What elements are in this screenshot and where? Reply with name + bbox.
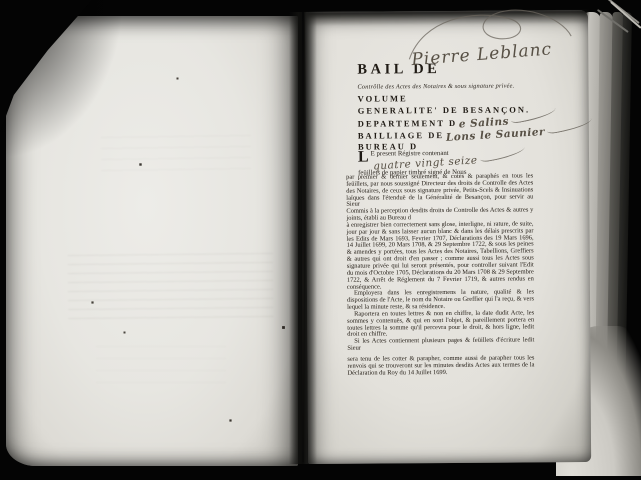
subtitle: Contrôlle des Actes des Notaires & sous … (358, 83, 515, 91)
right-page: BAIL DE Pierre Leblanc Contrôlle des Act… (305, 10, 591, 464)
dust-specks (6, 16, 7, 17)
departement-label: DEPARTEMENT D (358, 118, 457, 129)
volume-line: VOLUME (358, 93, 408, 103)
body-paragraph: Si les Actes contiennent plusieurs pages… (347, 338, 534, 353)
dropcap-L: L (358, 151, 369, 165)
body-paragraph: par premier & dernier seulement, & cotés… (346, 173, 533, 209)
bailliage-line: BAILLIAGE DELons le Saunier (358, 128, 593, 142)
body-text: par premier & dernier seulement, & cotés… (346, 173, 534, 377)
left-page-blank (6, 16, 298, 466)
body-paragraph: Raportera en toutes lettres & non en chi… (347, 310, 534, 339)
body-paragraph: Employera dans les enregistremens la nat… (347, 290, 534, 312)
body-paragraph: à enregistrer bien correctement sans glo… (346, 221, 533, 291)
body-paragraph: sera tenu de les cotter & parapher, comm… (347, 355, 534, 377)
bailliage-label: BAILLIAGE DE (358, 130, 444, 141)
generalite-line: GENERALITE' DE BESANÇON. (358, 104, 531, 115)
book-scan: BAIL DE Pierre Leblanc Contrôlle des Act… (0, 0, 641, 480)
show-through-text (101, 135, 251, 173)
show-through-text (68, 253, 274, 319)
gutter-crease-line (302, 12, 304, 462)
show-through-text (96, 346, 226, 386)
